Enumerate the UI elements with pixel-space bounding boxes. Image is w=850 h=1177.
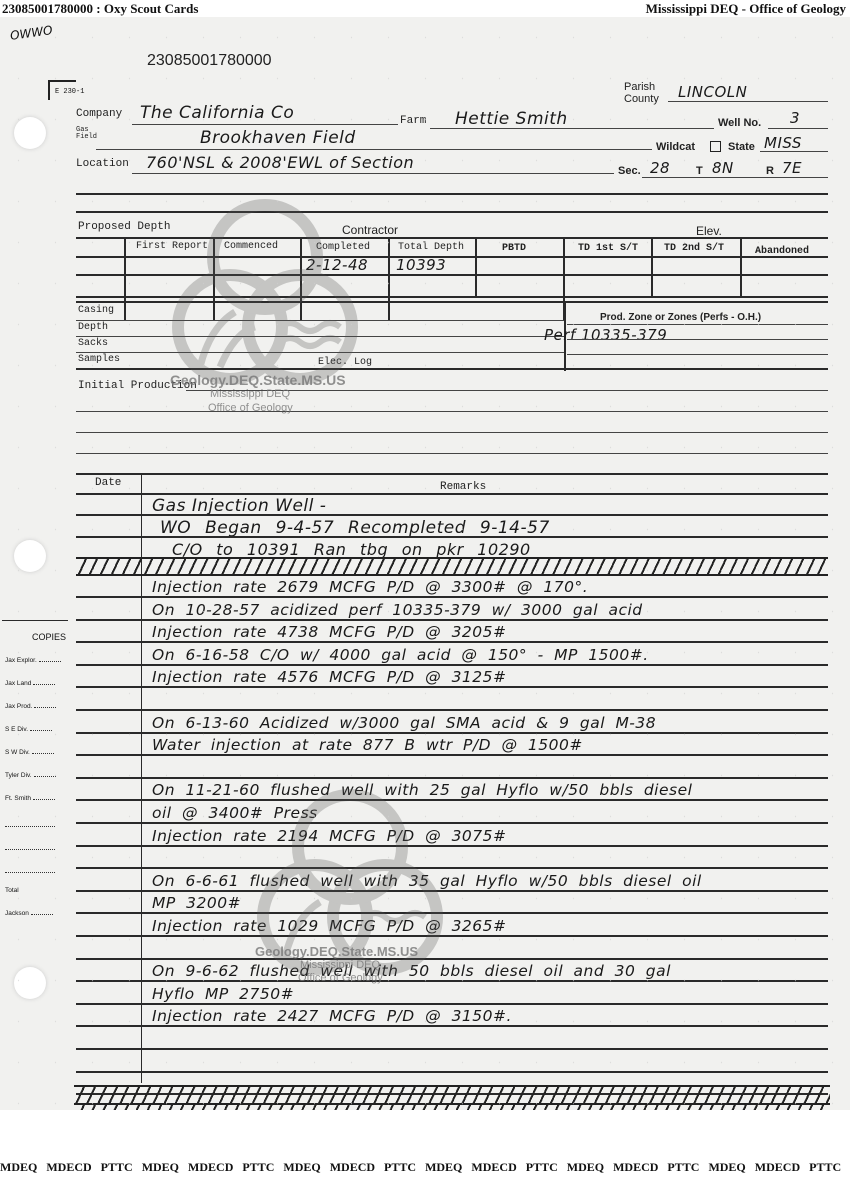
copies-item-label: S W Div. [5, 749, 30, 756]
farm-label: Farm [400, 115, 426, 127]
wildcat-label: Wildcat [656, 141, 695, 153]
rule [76, 890, 828, 892]
footer-item: MDECD [330, 1160, 375, 1174]
completed-value: 2-12-48 [306, 256, 368, 274]
watermark-text: Mississippi DEQ [300, 959, 380, 971]
rule [132, 124, 398, 125]
copies-blank-line [5, 872, 55, 873]
remark-line: WO Began 9-4-57 Recompleted 9-14-57 [160, 518, 550, 538]
field-label: Gas Field [76, 127, 97, 141]
rule [76, 619, 828, 621]
remark-line: Injection rate 2427 MCFG P/D @ 3150#. [152, 1007, 512, 1025]
rule [2, 620, 68, 621]
remark-line: On 10-28-57 acidized perf 10335-379 w/ 3… [152, 601, 643, 619]
watermark-text: Geology.DEQ.State.MS.US [170, 372, 346, 388]
rule [76, 799, 828, 801]
rule [76, 1048, 828, 1050]
copies-item: Tyler Div. [5, 772, 56, 779]
remark-line: On 6-16-58 C/O w/ 4000 gal acid @ 150° -… [152, 646, 649, 664]
remark-line: Injection rate 2679 MCFG P/D @ 3300# @ 1… [152, 578, 588, 596]
rule [768, 128, 828, 129]
rule [76, 641, 828, 643]
hatched-footer [74, 1103, 830, 1110]
elev-label: Elev. [696, 224, 722, 238]
col-commenced: Commenced [224, 241, 278, 252]
footer-item: PTTC [384, 1160, 416, 1174]
col-td-1st: TD 1st S/T [578, 243, 638, 254]
copies-item-label: Total [5, 887, 19, 894]
rule [76, 664, 828, 666]
hatched-footer [74, 1085, 830, 1105]
api-number: 23085001780000 [147, 52, 272, 70]
t-value: 8N [712, 159, 734, 177]
copies-blank-line [5, 849, 55, 850]
copies-item-label: Ft. Smith [5, 795, 31, 802]
remark-line: On 6-13-60 Acidized w/3000 gal SMA acid … [152, 714, 656, 732]
footer-item: MDECD [613, 1160, 658, 1174]
footer-item: MDEQ [425, 1160, 462, 1174]
casing-label: Casing [78, 305, 114, 316]
remark-line: On 9-6-62 flushed well with 50 bbls dies… [152, 962, 671, 980]
copies-item: Jax Land [5, 680, 55, 687]
remark-line: MP 3200# [152, 894, 241, 912]
page-footer: MDEQMDECDPTTCMDEQMDECDPTTCMDEQMDECDPTTCM… [0, 1160, 850, 1175]
sec-value: 28 [650, 159, 670, 177]
punch-hole [14, 967, 46, 999]
watermark-text: Geology.DEQ.State.MS.US [255, 944, 418, 959]
company-value: The California Co [140, 103, 294, 123]
footer-item: MDEQ [0, 1160, 37, 1174]
copies-item-label: Jax Explor. [5, 657, 37, 664]
parish-county-value: LINCOLN [678, 83, 747, 101]
remark-line: On 6-6-61 flushed well with 35 gal Hyflo… [152, 872, 702, 890]
rule [76, 935, 828, 937]
agency-title: Mississippi DEQ - Office of Geology [646, 1, 846, 17]
remark-line: oil @ 3400# Press [152, 804, 318, 822]
rule [668, 101, 828, 102]
footer-item: MDECD [188, 1160, 233, 1174]
elec-log-label: Elec. Log [318, 357, 372, 368]
scout-card: OWWO 23085001780000 E 230-1 Parish Count… [0, 17, 850, 1110]
remark-line: Injection rate 2194 MCFG P/D @ 3075# [152, 827, 507, 845]
watermark-text: Office of Geology [298, 972, 383, 984]
date-header: Date [95, 477, 121, 489]
prod-zone-label: Prod. Zone or Zones (Perfs - O.H.) [600, 312, 761, 323]
state-value: MISS [764, 134, 802, 152]
copies-item-label: Tyler Div. [5, 772, 32, 779]
rule [76, 709, 828, 711]
footer-item: PTTC [809, 1160, 841, 1174]
rule [642, 177, 828, 178]
rule [76, 732, 828, 734]
footer-item: PTTC [526, 1160, 558, 1174]
copies-item: Total [5, 887, 19, 894]
footer-item: MDEQ [708, 1160, 745, 1174]
proposed-depth-label: Proposed Depth [78, 221, 170, 233]
rule [76, 1025, 828, 1027]
col-completed: Completed [316, 242, 370, 253]
field-value: Brookhaven Field [200, 128, 356, 148]
prod-zone-value: Perf 10335-379 [544, 326, 667, 344]
remarks-header: Remarks [440, 481, 486, 493]
copies-item-label: Jax Prod. [5, 703, 32, 710]
remark-line: Injection rate 4576 MCFG P/D @ 3125# [152, 668, 507, 686]
footer-item: PTTC [101, 1160, 133, 1174]
copies-blank-line [5, 826, 55, 827]
punch-hole [14, 117, 46, 149]
rule [430, 128, 714, 129]
rule [76, 754, 828, 756]
copies-item-label: Jax Land [5, 680, 31, 687]
rule [760, 151, 828, 152]
rule [76, 211, 828, 213]
state-label: State [728, 141, 755, 153]
col-td-2nd: TD 2nd S/T [664, 243, 724, 254]
location-value: 760'NSL & 2008'EWL of Section [146, 153, 414, 172]
rule [76, 193, 828, 195]
depth-label: Depth [78, 322, 108, 333]
r-label: R [766, 165, 774, 177]
remark-line: Water injection at rate 877 B wtr P/D @ … [152, 736, 583, 754]
copies-item: Jax Explor. [5, 657, 61, 664]
wildcat-checkbox[interactable] [710, 141, 721, 152]
rule [76, 777, 828, 779]
farm-value: Hettie Smith [455, 109, 568, 129]
copies-item: Ft. Smith [5, 795, 55, 802]
rule [76, 845, 828, 847]
rule [76, 822, 828, 824]
sacks-label: Sacks [78, 338, 108, 349]
rule [76, 686, 828, 688]
remark-line: Injection rate 1029 MCFG P/D @ 3265# [152, 917, 507, 935]
col-first-report: First Report [136, 241, 208, 252]
copies-item: Jackson [5, 910, 53, 917]
location-label: Location [76, 158, 129, 170]
rule [96, 149, 652, 150]
parish-county-label: Parish County [624, 81, 659, 105]
rule [76, 1003, 828, 1005]
copies-item: S W Div. [5, 749, 54, 756]
footer-item: MDECD [471, 1160, 516, 1174]
watermark-text: Office of Geology [208, 402, 293, 414]
footer-item: PTTC [242, 1160, 274, 1174]
hatched-separator [76, 557, 828, 576]
remark-line: On 11-21-60 flushed well with 25 gal Hyf… [152, 781, 692, 799]
remark-line: Injection rate 4738 MCFG P/D @ 3205# [152, 623, 507, 641]
well-no-label: Well No. [718, 117, 761, 129]
copies-item-label: Jackson [5, 910, 29, 917]
footer-item: PTTC [667, 1160, 699, 1174]
footer-item: MDEQ [567, 1160, 604, 1174]
form-number: E 230-1 [55, 88, 84, 96]
rule [76, 1071, 828, 1073]
document-title: 23085001780000 : Oxy Scout Cards [2, 1, 198, 17]
rule [76, 867, 828, 869]
r-value: 7E [782, 159, 802, 177]
samples-label: Samples [78, 354, 120, 365]
sec-label: Sec. [618, 165, 641, 177]
rule [76, 596, 828, 598]
t-label: T [696, 165, 703, 177]
col-pbtd: PBTD [502, 243, 526, 254]
footer-item: MDECD [46, 1160, 91, 1174]
page-header: 23085001780000 : Oxy Scout Cards Mississ… [0, 0, 850, 17]
company-label: Company [76, 108, 122, 120]
rule [76, 237, 828, 239]
copies-item-label: S E Div. [5, 726, 28, 733]
rule [76, 912, 828, 914]
rule [132, 173, 614, 174]
margin-note: OWWO [9, 23, 53, 43]
corner-mark [48, 80, 50, 100]
rule [76, 958, 828, 960]
footer-item: MDECD [755, 1160, 800, 1174]
corner-mark [48, 80, 76, 82]
rule [76, 980, 828, 982]
copies-title: COPIES [32, 632, 66, 642]
watermark-text: Mississippi DEQ [210, 388, 290, 400]
footer-item: MDEQ [283, 1160, 320, 1174]
col-total-depth: Total Depth [398, 242, 464, 253]
footer-item: MDEQ [142, 1160, 179, 1174]
remark-line: Gas Injection Well - [152, 496, 326, 516]
well-no-value: 3 [790, 109, 800, 127]
punch-hole [14, 540, 46, 572]
contractor-label: Contractor [342, 223, 398, 237]
copies-item: S E Div. [5, 726, 52, 733]
copies-item: Jax Prod. [5, 703, 56, 710]
remark-line: Hyflo MP 2750# [152, 985, 294, 1003]
total-depth-value: 10393 [396, 256, 446, 274]
